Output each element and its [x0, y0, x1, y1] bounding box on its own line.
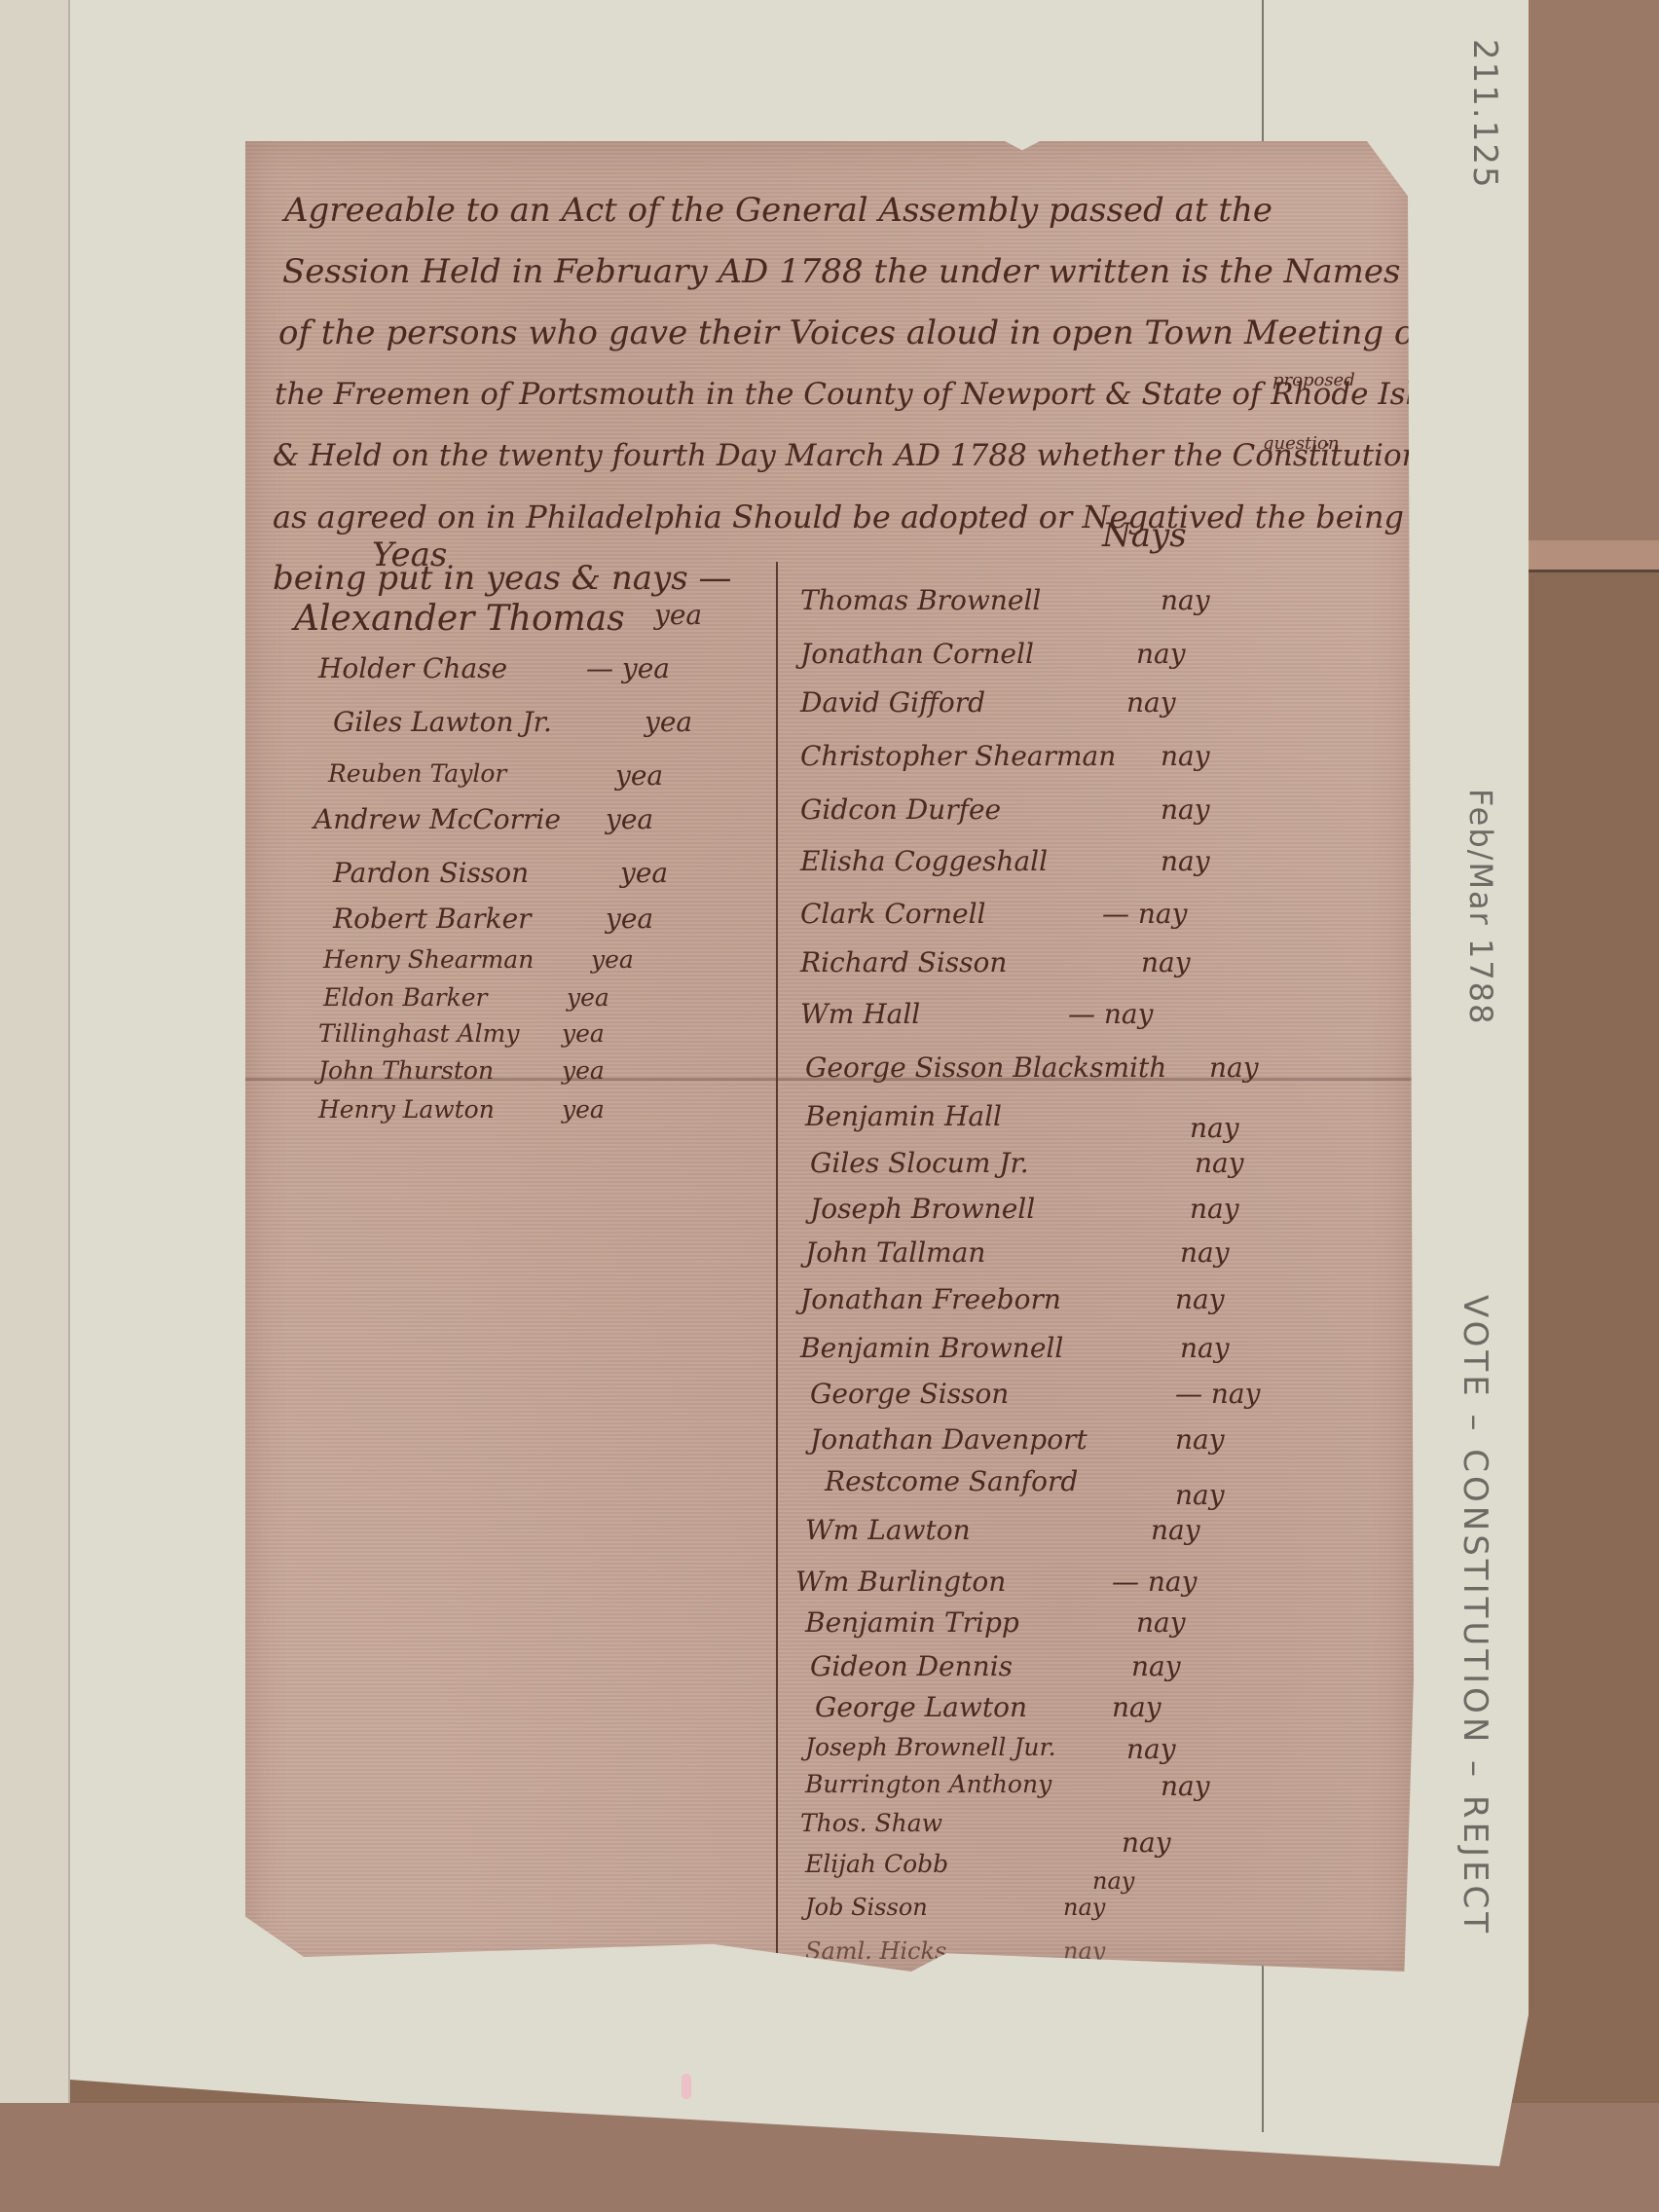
vote-value: yea	[654, 599, 702, 631]
voter-name: Christopher Shearman	[800, 740, 1116, 772]
vote-value: nay	[1175, 1423, 1225, 1456]
vote-value: nay	[1190, 1193, 1239, 1225]
voter-name: Elijah Cobb	[805, 1850, 948, 1878]
voter-name: Restcome Sanford	[825, 1465, 1078, 1497]
vote-value: nay	[1175, 1479, 1225, 1511]
vote-value: nay	[1180, 1332, 1230, 1364]
vote-value: nay	[1063, 1894, 1105, 1921]
preamble-line: the Freemen of Portsmouth in the County …	[275, 364, 1384, 425]
cardboard-flap	[1529, 540, 1659, 572]
interlinear-question: question	[1263, 433, 1339, 454]
vote-value: nay	[1209, 1051, 1259, 1084]
vote-value: — yea	[586, 652, 670, 684]
nays-heading: Nays	[1102, 516, 1187, 555]
date-annotation: Feb/Mar 1788	[1462, 789, 1499, 1025]
subject-annotation: VOTE – CONSTITUTION – REJECT	[1456, 1295, 1494, 1936]
vote-value: yea	[591, 945, 634, 974]
voter-name: Giles Slocum Jr.	[810, 1147, 1029, 1179]
voter-name: Wm Lawton	[805, 1514, 971, 1546]
voter-name: George Sisson Blacksmith	[805, 1051, 1166, 1084]
voter-name: Thos. Shaw	[800, 1809, 942, 1837]
vote-value: nay	[1131, 1650, 1181, 1682]
voter-name: Joseph Brownell	[810, 1193, 1035, 1225]
voter-name: Benjamin Hall	[805, 1100, 1002, 1132]
vote-value: nay	[1126, 1733, 1176, 1765]
preamble-line: Agreeable to an Act of the General Assem…	[284, 180, 1394, 241]
voter-name: Andrew McCorrie	[313, 803, 561, 835]
vote-value: nay	[1126, 686, 1176, 719]
voter-name: Giles Lawton Jr.	[333, 706, 552, 738]
voter-name: Richard Sisson	[800, 946, 1007, 978]
voter-name: Clark Cornell	[800, 898, 986, 930]
vote-value: nay	[1092, 1867, 1134, 1895]
voter-name: Wm Burlington	[795, 1566, 1006, 1598]
vote-value: nay	[1190, 1112, 1239, 1144]
vote-value: nay	[1161, 845, 1210, 877]
voter-name: Thomas Brownell	[800, 584, 1041, 616]
vote-value: nay	[1151, 1514, 1200, 1546]
voter-name: John Thurston	[318, 1056, 494, 1085]
vote-value: nay	[1180, 1236, 1230, 1269]
voter-name: Reuben Taylor	[328, 759, 506, 788]
vote-value: nay	[1141, 946, 1191, 978]
voter-name: Benjamin Tripp	[805, 1606, 1019, 1639]
vote-value: — nay	[1112, 1566, 1197, 1598]
vote-value: nay	[1161, 740, 1210, 772]
voter-name: George Lawton	[815, 1691, 1027, 1723]
vote-value: nay	[1195, 1147, 1244, 1179]
voter-name: Wm Hall	[800, 998, 920, 1030]
voter-name: Tillinghast Almy	[318, 1019, 519, 1048]
preamble-text: Agreeable to an Act of the General Assem…	[284, 180, 1394, 609]
voter-name: David Gifford	[800, 686, 985, 719]
voter-name: Henry Lawton	[318, 1095, 495, 1124]
vote-value: nay	[1112, 1691, 1161, 1723]
column-divider	[776, 562, 778, 1964]
voter-name: Gideon Dennis	[810, 1650, 1013, 1682]
vote-value: yea	[606, 903, 653, 935]
adjacent-folder-page	[0, 0, 70, 2103]
voter-name: John Tallman	[805, 1236, 985, 1269]
vote-value: yea	[562, 1095, 605, 1124]
voter-name: Jonathan Freeborn	[800, 1283, 1061, 1315]
vote-value: nay	[1161, 1770, 1210, 1802]
vote-value: nay	[1136, 638, 1186, 670]
vote-value: nay	[1161, 584, 1210, 616]
voter-name: George Sisson	[810, 1378, 1009, 1410]
voter-name: Eldon Barker	[323, 983, 487, 1012]
voter-name: Pardon Sisson	[333, 857, 529, 889]
vote-value: — nay	[1175, 1378, 1260, 1410]
vote-value: yea	[620, 857, 668, 889]
voter-name: Joseph Brownell Jur.	[805, 1733, 1056, 1761]
preamble-line: of the persons who gave their Voices alo…	[278, 303, 1388, 364]
vote-value: yea	[615, 759, 663, 792]
voter-name: Henry Shearman	[323, 945, 534, 974]
voter-name: Holder Chase	[318, 652, 507, 684]
yeas-heading: Yeas	[372, 535, 447, 574]
vote-value: yea	[567, 983, 609, 1012]
catalog-number: 211.125	[1465, 39, 1504, 190]
preamble-line: Session Held in February AD 1788 the und…	[282, 241, 1392, 303]
preamble-line: & Held on the twenty fourth Day March AD…	[273, 425, 1382, 487]
voter-name: Robert Barker	[333, 903, 532, 935]
vote-value: nay	[1175, 1283, 1225, 1315]
voter-name: Jonathan Davenport	[810, 1423, 1088, 1456]
vote-value: yea	[606, 803, 653, 835]
vote-value: nay	[1161, 793, 1210, 826]
voter-name: Burrington Anthony	[805, 1770, 1051, 1798]
voter-name: Alexander Thomas	[294, 599, 625, 639]
pink-mark	[682, 2074, 691, 2099]
vote-value: nay	[1122, 1826, 1171, 1859]
vote-value: — nay	[1068, 998, 1153, 1030]
vote-value: yea	[562, 1056, 605, 1085]
interlinear-proposed: proposed	[1272, 370, 1355, 390]
vote-value: yea	[645, 706, 692, 738]
vote-value: yea	[562, 1019, 605, 1048]
voter-name: Benjamin Brownell	[800, 1332, 1063, 1364]
voter-name: Jonathan Cornell	[800, 638, 1034, 670]
voter-name: Elisha Coggeshall	[800, 845, 1048, 877]
manuscript-document: Agreeable to an Act of the General Assem…	[245, 141, 1414, 1972]
vote-value: nay	[1136, 1606, 1186, 1639]
voter-name: Gidcon Durfee	[800, 793, 1001, 826]
cardboard-background-top	[1529, 0, 1659, 545]
voter-name: Job Sisson	[805, 1894, 928, 1921]
vote-value: — nay	[1102, 898, 1187, 930]
